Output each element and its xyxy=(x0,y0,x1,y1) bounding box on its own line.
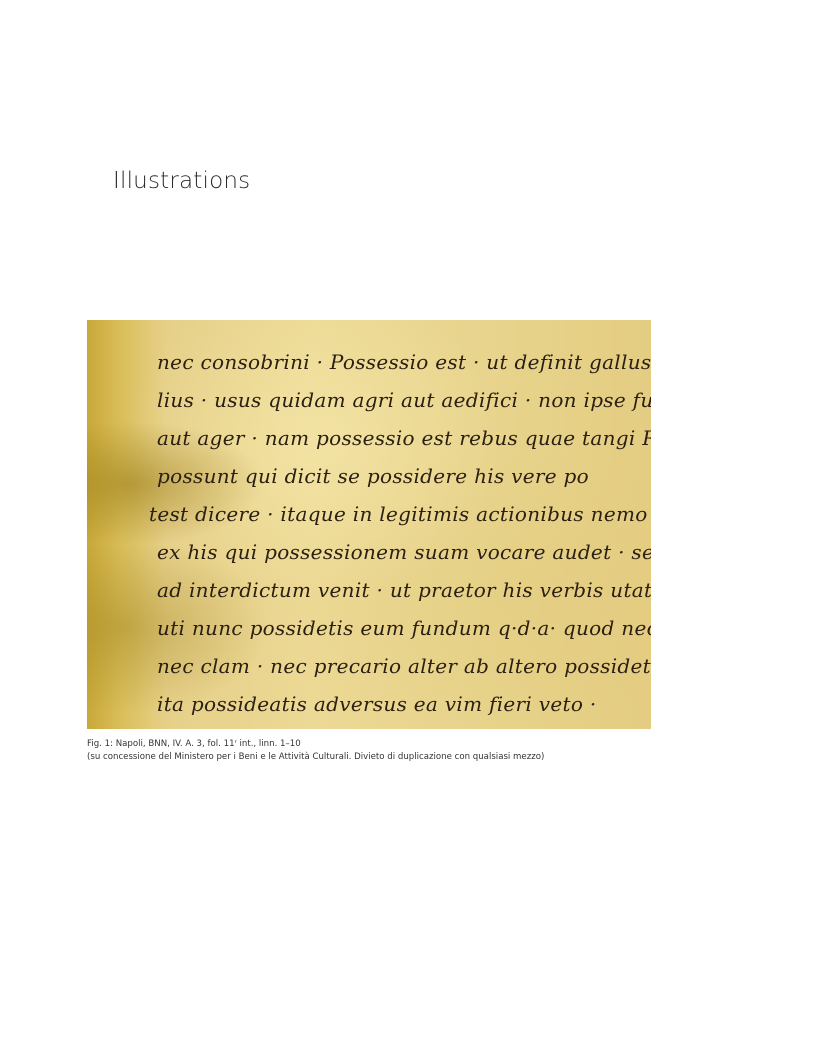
manuscript-line: nec consobrini · Possessio est · ut defi… xyxy=(157,350,651,374)
manuscript-line: test dicere · itaque in legitimis action… xyxy=(149,502,648,526)
figure-caption: Fig. 1: Napoli, BNN, IV. A. 3, fol. 11ʳ … xyxy=(87,738,544,764)
caption-line-2: (su concessione del Ministero per i Beni… xyxy=(87,751,544,764)
manuscript-image: nec consobrini · Possessio est · ut defi… xyxy=(87,320,651,729)
manuscript-line: aut ager · nam possessio est rebus quae … xyxy=(157,426,651,450)
manuscript-line: ita possideatis adversus ea vim fieri ve… xyxy=(157,692,597,716)
manuscript-line: nec clam · nec precario alter ab altero … xyxy=(157,654,651,678)
caption-line-1: Fig. 1: Napoli, BNN, IV. A. 3, fol. 11ʳ … xyxy=(87,738,544,751)
manuscript-line: lius · usus quidam agri aut aedifici · n… xyxy=(157,388,651,412)
manuscript-line: possunt qui dicit se possidere his vere … xyxy=(157,464,589,488)
manuscript-line: ex his qui possessionem suam vocare aude… xyxy=(157,540,651,564)
manuscript-line: ad interdictum venit · ut praetor his ve… xyxy=(157,578,651,602)
page-title: Illustrations xyxy=(113,168,250,194)
manuscript-line: uti nunc possidetis eum fundum q·d·a· qu… xyxy=(157,616,651,640)
